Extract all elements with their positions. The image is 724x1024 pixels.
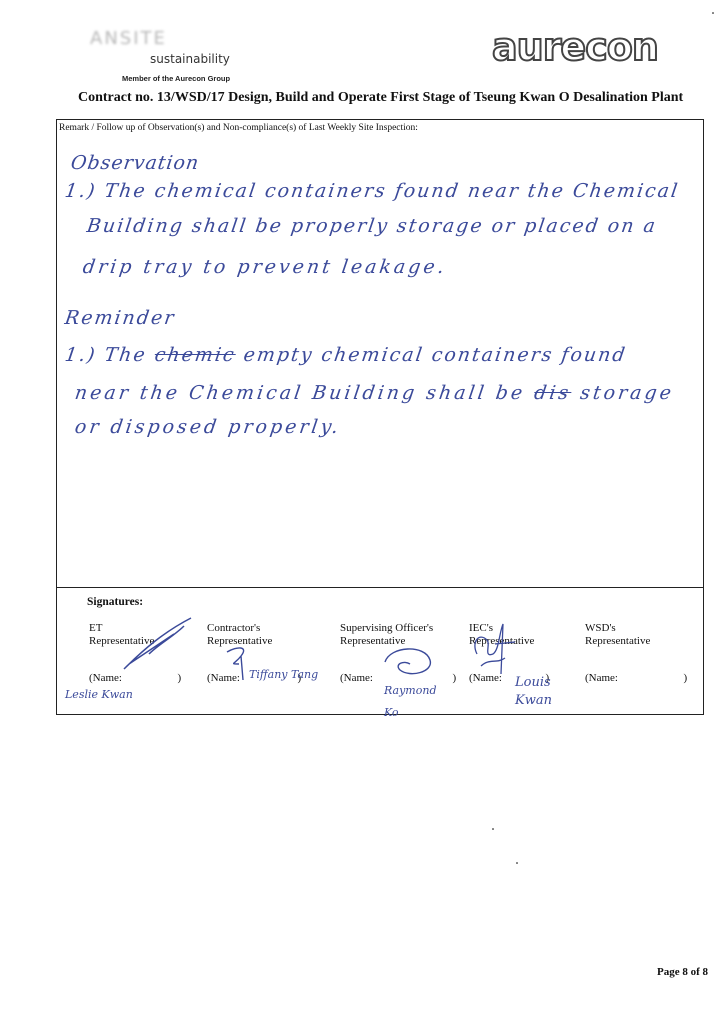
handwritten-line: drip tray to prevent leakage. — [81, 256, 448, 278]
name-label: (Name: — [340, 672, 373, 684]
handwritten-line: near the Chemical Building shall be dis … — [73, 382, 675, 404]
signature-column-et: ET Representative (Name: ) Leslie Kwan — [89, 622, 154, 648]
struck-text: dis — [533, 382, 573, 404]
handwritten-line: Building shall be properly storage or pl… — [85, 215, 658, 237]
signatures-section: Signatures: ET Representative (Name: ) L… — [57, 587, 703, 714]
struck-text: chemic — [153, 344, 237, 366]
role-line: WSD's — [585, 622, 650, 635]
handwritten-text: near the Chemical Building shall be — [73, 382, 526, 404]
handwritten-line: or disposed properly. — [73, 416, 342, 438]
scan-speck — [516, 862, 518, 864]
blurred-logo-mark: ANSITE — [90, 28, 240, 50]
logo-member-text: Member of the Aurecon Group — [122, 74, 230, 83]
handwritten-text: storage — [579, 382, 676, 404]
handwritten-name: Leslie Kwan — [65, 688, 133, 701]
handwritten-line: 1.) The chemical containers found near t… — [63, 180, 680, 202]
document-title: Contract no. 13/WSD/17 Design, Build and… — [78, 90, 683, 106]
handwritten-name: Tiffany Tang — [249, 668, 318, 681]
name-row: (Name: ) — [585, 672, 687, 685]
role-line: Representative — [585, 635, 650, 648]
inspection-form: Remark / Follow up of Observation(s) and… — [56, 119, 704, 715]
signature-column-iec: IEC's Representative (Name: ) Louis Kwan — [469, 622, 534, 648]
handwritten-heading-reminder: Reminder — [63, 307, 176, 329]
left-logo: ANSITE sustainability Member of the Aure… — [88, 22, 258, 84]
name-label: (Name: — [89, 672, 122, 684]
handwritten-heading-observation: Observation — [69, 152, 200, 174]
role-line: Supervising Officer's — [340, 622, 433, 635]
scan-speck — [492, 828, 494, 830]
signature-scribble — [380, 642, 440, 682]
aurecon-logo: aurecon — [492, 28, 658, 66]
name-label: (Name: — [585, 672, 618, 684]
handwritten-text: empty chemical containers found — [242, 344, 628, 366]
name-close: ) — [683, 672, 687, 684]
signature-column-supervising-officer: Supervising Officer's Representative (Na… — [340, 622, 433, 648]
signatures-title: Signatures: — [87, 596, 143, 608]
handwritten-text: 1.) The — [63, 344, 148, 366]
scan-speck — [712, 12, 714, 14]
handwritten-line: 1.) The chemic empty chemical containers… — [63, 344, 628, 366]
logo-subtitle: sustainability — [150, 52, 230, 66]
signature-scribble — [119, 614, 199, 674]
page-number: Page 8 of 8 — [657, 966, 708, 978]
signature-scribble — [469, 614, 519, 684]
role-line: Contractor's — [207, 622, 272, 635]
remark-section: Remark / Follow up of Observation(s) and… — [57, 120, 703, 588]
signature-column-wsd: WSD's Representative (Name: ) — [585, 622, 650, 648]
handwritten-name: Louis Kwan — [515, 674, 555, 710]
handwritten-name: Raymond Ko — [384, 680, 444, 724]
signature-column-contractor: Contractor's Representative (Name: ) Tif… — [207, 622, 272, 648]
name-close: ) — [452, 672, 456, 684]
remark-label: Remark / Follow up of Observation(s) and… — [59, 123, 418, 133]
